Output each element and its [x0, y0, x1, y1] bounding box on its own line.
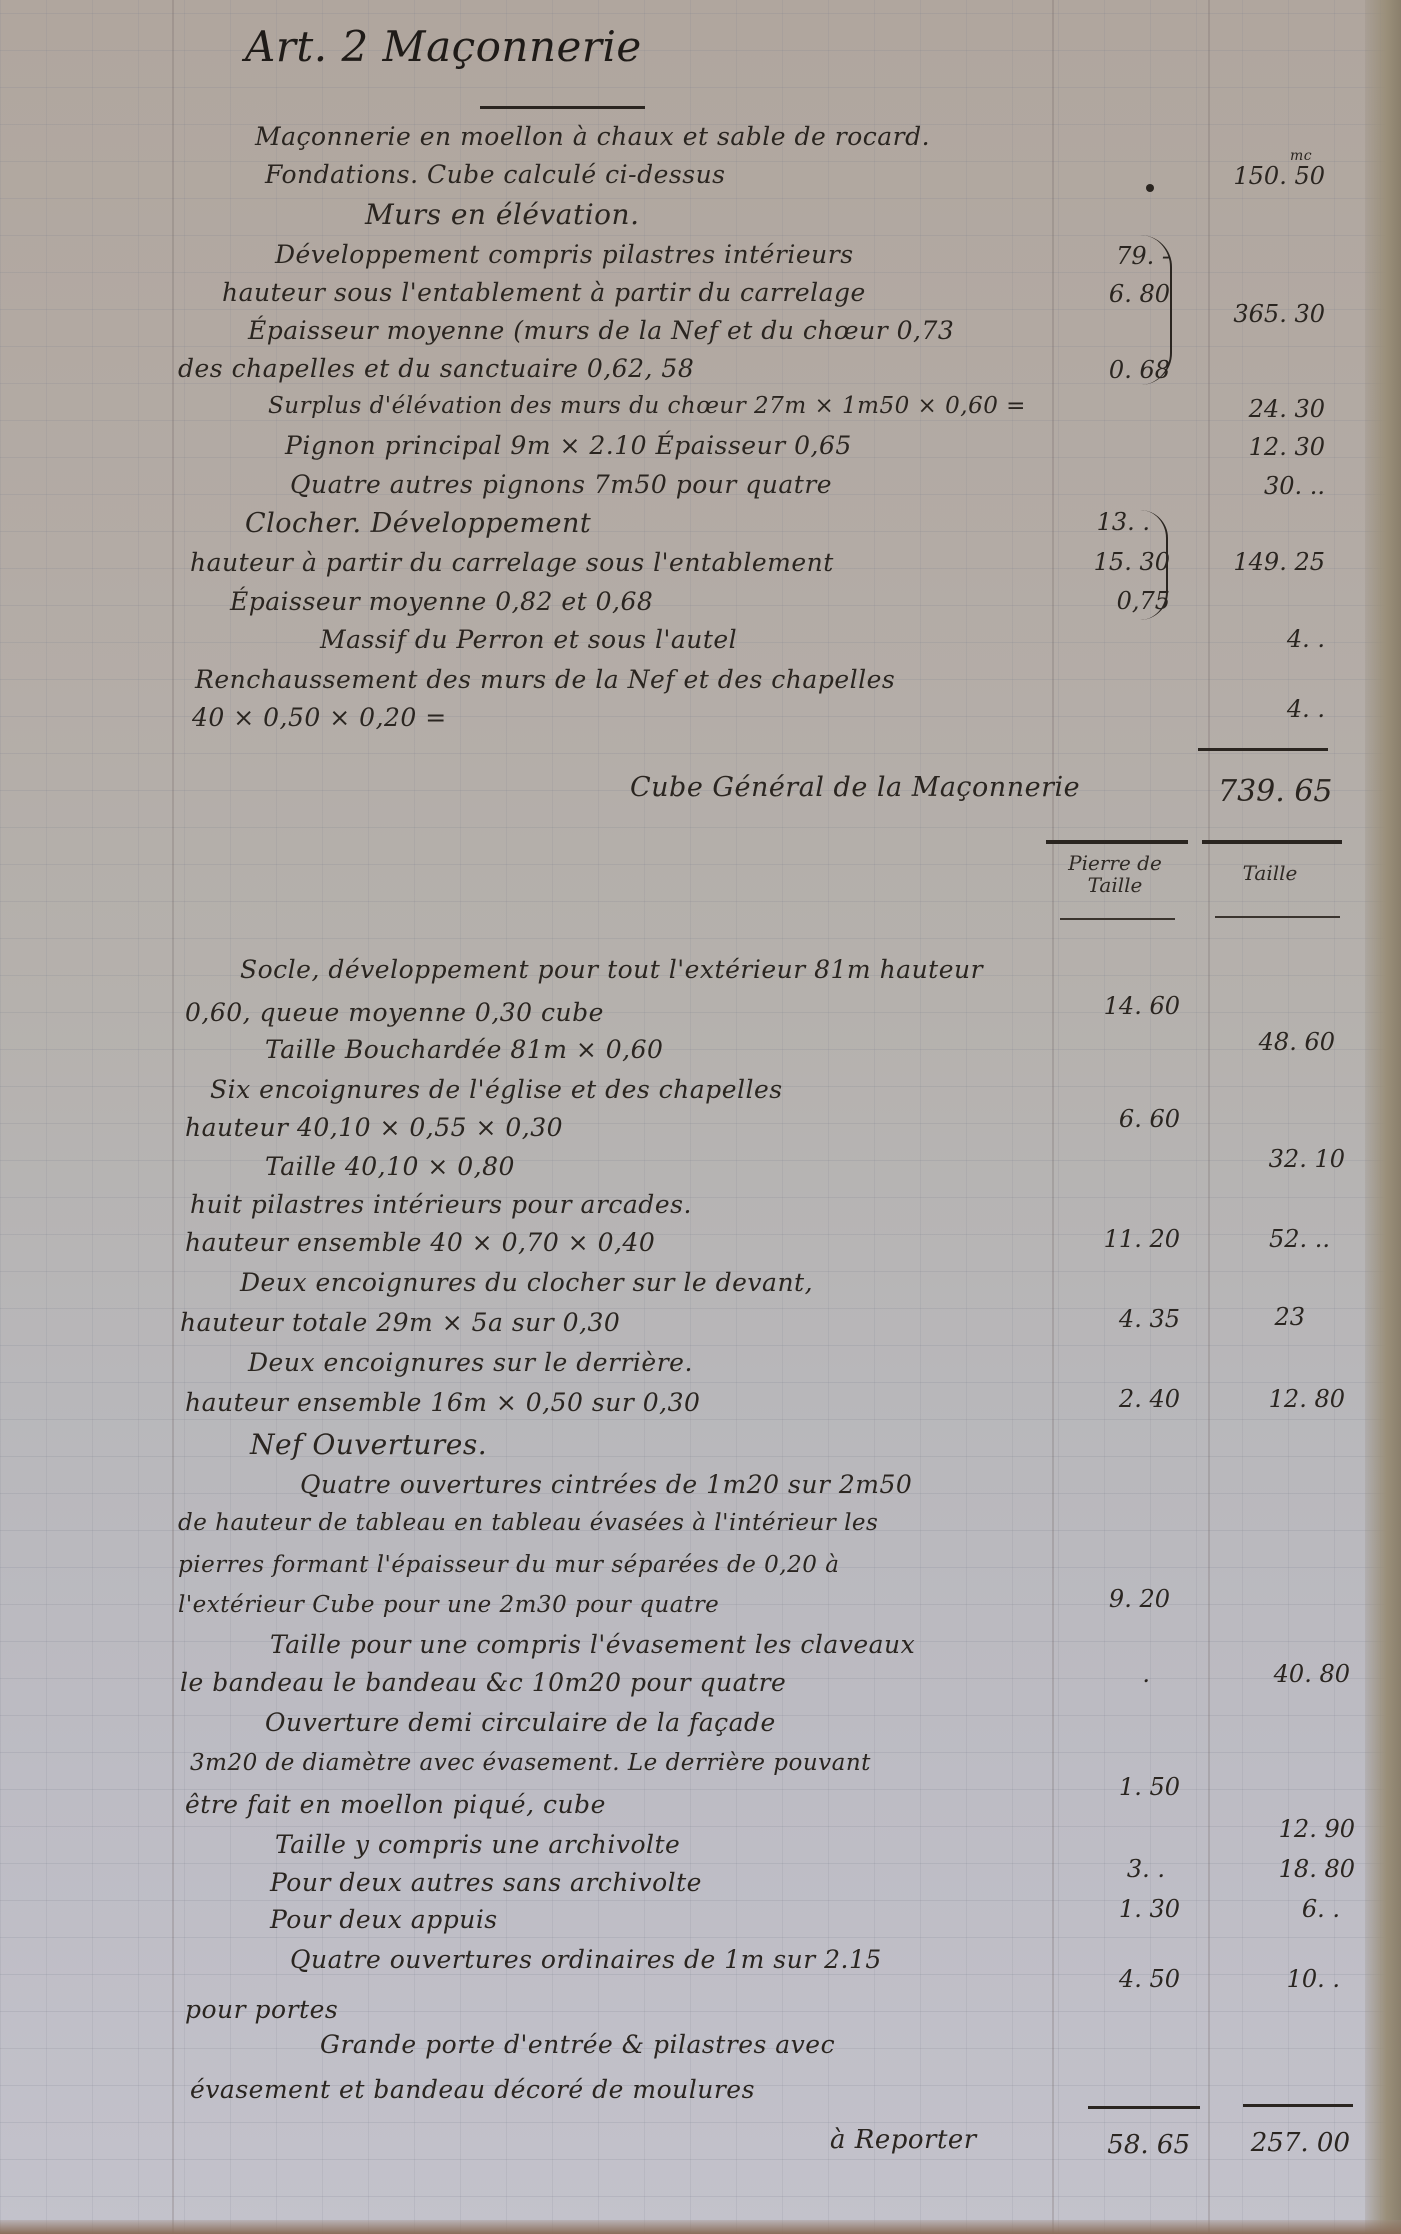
pierre-de-taille-value: 4. 50 — [1070, 1965, 1180, 1993]
text-line: Ouverture demi circulaire de la façade — [265, 1708, 776, 1737]
text-line: Pour deux autres sans archivolte — [270, 1868, 702, 1897]
header-underline-col2 — [1215, 916, 1340, 918]
pierre-de-taille-value: 6. 60 — [1070, 1105, 1180, 1133]
text-line: Épaisseur moyenne (murs de la Nef et du … — [248, 316, 954, 345]
value-murs-elevation: 365. 30 — [1215, 300, 1325, 328]
pierre-de-taille-value: 1. 50 — [1070, 1773, 1180, 1801]
text-line: de hauteur de tableau en tableau évasées… — [178, 1510, 878, 1536]
text-line: être fait en moellon piqué, cube — [185, 1790, 606, 1819]
left-margin-rule — [172, 0, 174, 2234]
text-line: Deux encoignures du clocher sur le devan… — [240, 1268, 813, 1297]
header-rule-col2 — [1202, 840, 1342, 844]
carry-rule-col1 — [1088, 2106, 1200, 2109]
title-underline — [480, 106, 645, 109]
subheading-nef-ouvertures: Nef Ouvertures. — [250, 1428, 487, 1461]
subheading-clocher: Clocher. Développement — [245, 508, 591, 539]
taille-value: 52. .. — [1220, 1225, 1330, 1253]
text-line: Épaisseur moyenne 0,82 et 0,68 — [230, 587, 653, 616]
document-page: Art. 2 Maçonnerie Maçonnerie en moellon … — [0, 0, 1401, 2234]
text-line: hauteur sous l'entablement à partir du c… — [222, 278, 866, 307]
text-line: l'extérieur Cube pour une 2m30 pour quat… — [178, 1592, 719, 1618]
total-label: Cube Général de la Maçonnerie — [630, 772, 1080, 803]
text-line: Massif du Perron et sous l'autel — [320, 625, 737, 654]
text-line: 0,60, queue moyenne 0,30 cube — [185, 998, 604, 1027]
pierre-de-taille-value: 14. 60 — [1070, 992, 1180, 1020]
text-line: hauteur ensemble 40 × 0,70 × 0,40 — [185, 1228, 655, 1257]
column-header-taille: Taille — [1205, 862, 1335, 884]
text-line: Deux encoignures sur le derrière. — [248, 1348, 693, 1377]
text-line: Socle, développement pour tout l'extérie… — [240, 955, 983, 984]
taille-value: 48. 60 — [1225, 1028, 1335, 1056]
text-line: Six encoignures de l'église et des chape… — [210, 1075, 783, 1104]
text-line: le bandeau le bandeau &c 10m20 pour quat… — [180, 1668, 786, 1697]
text-line: Surplus d'élévation des murs du chœur 27… — [268, 393, 1026, 419]
ink-dot — [1146, 184, 1154, 192]
text-line: Taille y compris une archivolte — [275, 1830, 680, 1859]
text-line: hauteur totale 29m × 5a sur 0,30 — [180, 1308, 620, 1337]
pierre-de-taille-value: . — [1040, 1660, 1150, 1688]
pierre-de-taille-value: 4. 35 — [1070, 1305, 1180, 1333]
text-line: pierres formant l'épaisseur du mur sépar… — [178, 1552, 839, 1578]
taille-value: 40. 80 — [1240, 1660, 1350, 1688]
text-line: des chapelles et du sanctuaire 0,62, 58 — [178, 354, 694, 383]
taille-value: 23 — [1195, 1303, 1305, 1331]
taille-value: 12. 80 — [1235, 1385, 1345, 1413]
header-rule-col1 — [1046, 840, 1188, 844]
column-header-pierre-de-taille: Pierre de Taille — [1050, 852, 1180, 896]
text-line: Fondations. Cube calculé ci-dessus — [265, 160, 726, 189]
page-edge-right — [1365, 0, 1401, 2234]
text-line: Renchaussement des murs de la Nef et des… — [195, 665, 895, 694]
value-massif-perron: 4. . — [1215, 625, 1325, 653]
pierre-de-taille-value: 1. 30 — [1070, 1895, 1180, 1923]
sum-rule — [1198, 748, 1328, 751]
text-line: évasement et bandeau décoré de moulures — [190, 2075, 755, 2104]
text-line: Maçonnerie en moellon à chaux et sable d… — [255, 122, 930, 151]
carry-forward-col1: 58. 65 — [1080, 2130, 1190, 2160]
text-line: Quatre ouvertures cintrées de 1m20 sur 2… — [300, 1470, 912, 1499]
taille-value: 32. 10 — [1235, 1145, 1345, 1173]
page-title: Art. 2 Maçonnerie — [245, 22, 642, 71]
column-rule-1 — [1052, 0, 1054, 2234]
pierre-de-taille-value: 9. 20 — [1060, 1585, 1170, 1613]
value-quatre-pignons: 30. .. — [1215, 472, 1325, 500]
pierre-de-taille-value: 2. 40 — [1070, 1385, 1180, 1413]
value-fondations: 150. 50 — [1215, 162, 1325, 190]
text-line: Quatre autres pignons 7m50 pour quatre — [290, 470, 832, 499]
text-line: pour portes — [185, 1995, 338, 2024]
text-line: hauteur 40,10 × 0,55 × 0,30 — [185, 1113, 563, 1142]
header-underline-col1 — [1060, 918, 1175, 920]
text-line: hauteur à partir du carrelage sous l'ent… — [190, 548, 834, 577]
text-line: Taille Bouchardée 81m × 0,60 — [265, 1035, 663, 1064]
taille-value: 6. . — [1230, 1895, 1340, 1923]
factor-value: 13. . — [1040, 508, 1150, 536]
text-line: 3m20 de diamètre avec évasement. Le derr… — [190, 1750, 871, 1776]
brace-murs — [1140, 235, 1172, 385]
unit-label: mc — [1290, 148, 1312, 164]
subheading-murs: Murs en élévation. — [365, 198, 639, 231]
taille-value: 18. 80 — [1245, 1855, 1355, 1883]
carry-forward-col2: 257. 00 — [1240, 2128, 1350, 2158]
pierre-de-taille-value: 3. . — [1055, 1855, 1165, 1883]
total-value: 739. 65 — [1218, 774, 1328, 809]
text-line: Grande porte d'entrée & pilastres avec — [320, 2030, 835, 2059]
text-line: Taille pour une compris l'évasement les … — [270, 1630, 915, 1659]
value-clocher: 149. 25 — [1215, 548, 1325, 576]
text-line: 40 × 0,50 × 0,20 = — [192, 703, 447, 732]
taille-value: 12. 90 — [1245, 1815, 1355, 1843]
page-edge-bottom — [0, 2220, 1401, 2234]
carry-forward-label: à Reporter — [830, 2125, 977, 2155]
text-line: huit pilastres intérieurs pour arcades. — [190, 1190, 692, 1219]
brace-clocher — [1140, 510, 1168, 620]
taille-value: 10. . — [1230, 1965, 1340, 1993]
column-rule-2 — [1208, 0, 1210, 2234]
carry-rule-col2 — [1243, 2104, 1353, 2107]
text-line: Quatre ouvertures ordinaires de 1m sur 2… — [290, 1945, 882, 1974]
text-line: hauteur ensemble 16m × 0,50 sur 0,30 — [185, 1388, 700, 1417]
value-pignon-principal: 12. 30 — [1215, 433, 1325, 461]
pierre-de-taille-value: 11. 20 — [1070, 1225, 1180, 1253]
text-line: Pour deux appuis — [270, 1905, 498, 1934]
value-surplus-choeur: 24. 30 — [1215, 395, 1325, 423]
value-renchaussement: 4. . — [1215, 695, 1325, 723]
text-line: Développement compris pilastres intérieu… — [275, 240, 854, 269]
text-line: Pignon principal 9m × 2.10 Épaisseur 0,6… — [285, 431, 852, 460]
text-line: Taille 40,10 × 0,80 — [265, 1152, 515, 1181]
